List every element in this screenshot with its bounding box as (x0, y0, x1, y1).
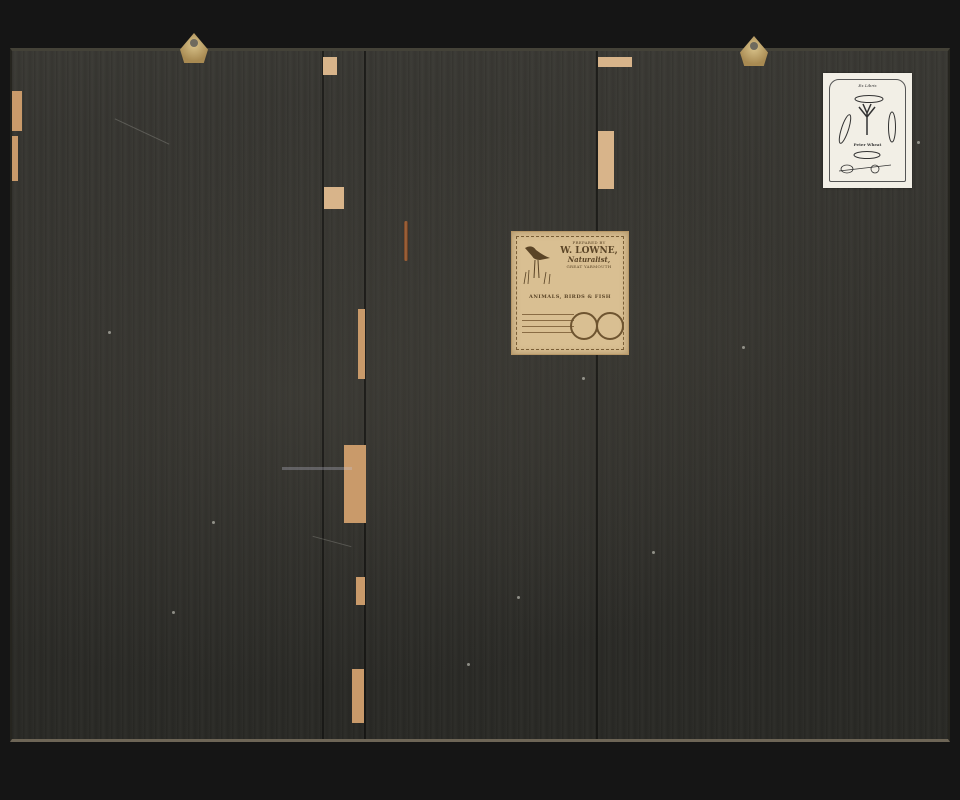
bookplate-owner-name: Peter Wheat (823, 142, 912, 147)
taxidermist-trade-label: PREPARED BY W. LOWNE, Naturalist, GREAT … (511, 231, 629, 355)
medal-stamp-icon (570, 312, 598, 340)
torn-paper (358, 309, 365, 379)
speck (467, 663, 470, 666)
torn-paper (352, 669, 364, 723)
torn-paper (598, 57, 632, 67)
left-brass-hanger (180, 33, 208, 63)
ex-libris-bookplate: Ex Libris Peter Wheat (823, 73, 912, 188)
backing-seam (364, 51, 366, 739)
light-reflection (282, 467, 352, 470)
torn-paper (356, 577, 365, 605)
bookplate-motto: Ex Libris (823, 83, 912, 88)
speck (582, 377, 585, 380)
frame-backing (10, 48, 950, 742)
speck (212, 521, 215, 524)
torn-paper (12, 136, 18, 181)
torn-paper (12, 91, 22, 131)
speck (652, 551, 655, 554)
torn-paper (344, 445, 366, 523)
speck (172, 611, 175, 614)
torn-paper (324, 187, 344, 209)
wading-bird-icon (522, 242, 554, 286)
scratch (313, 536, 352, 547)
speck (742, 346, 745, 349)
label-lines (522, 314, 574, 338)
taxidermist-title: Naturalist, (552, 256, 626, 264)
medal-stamp-icon (596, 312, 624, 340)
scratch (115, 118, 170, 144)
specialty-text: ANIMALS, BIRDS & FISH (518, 294, 622, 301)
rusty-nail (404, 221, 408, 261)
fish-and-tree-illustration (833, 89, 902, 179)
backing-seam (322, 51, 324, 739)
address-line: GREAT YARMOUTH (552, 264, 626, 270)
torn-paper (598, 131, 614, 189)
right-brass-hanger (740, 36, 768, 66)
speck (517, 596, 520, 599)
speck (108, 331, 111, 334)
speck (917, 141, 920, 144)
torn-paper (323, 57, 337, 75)
